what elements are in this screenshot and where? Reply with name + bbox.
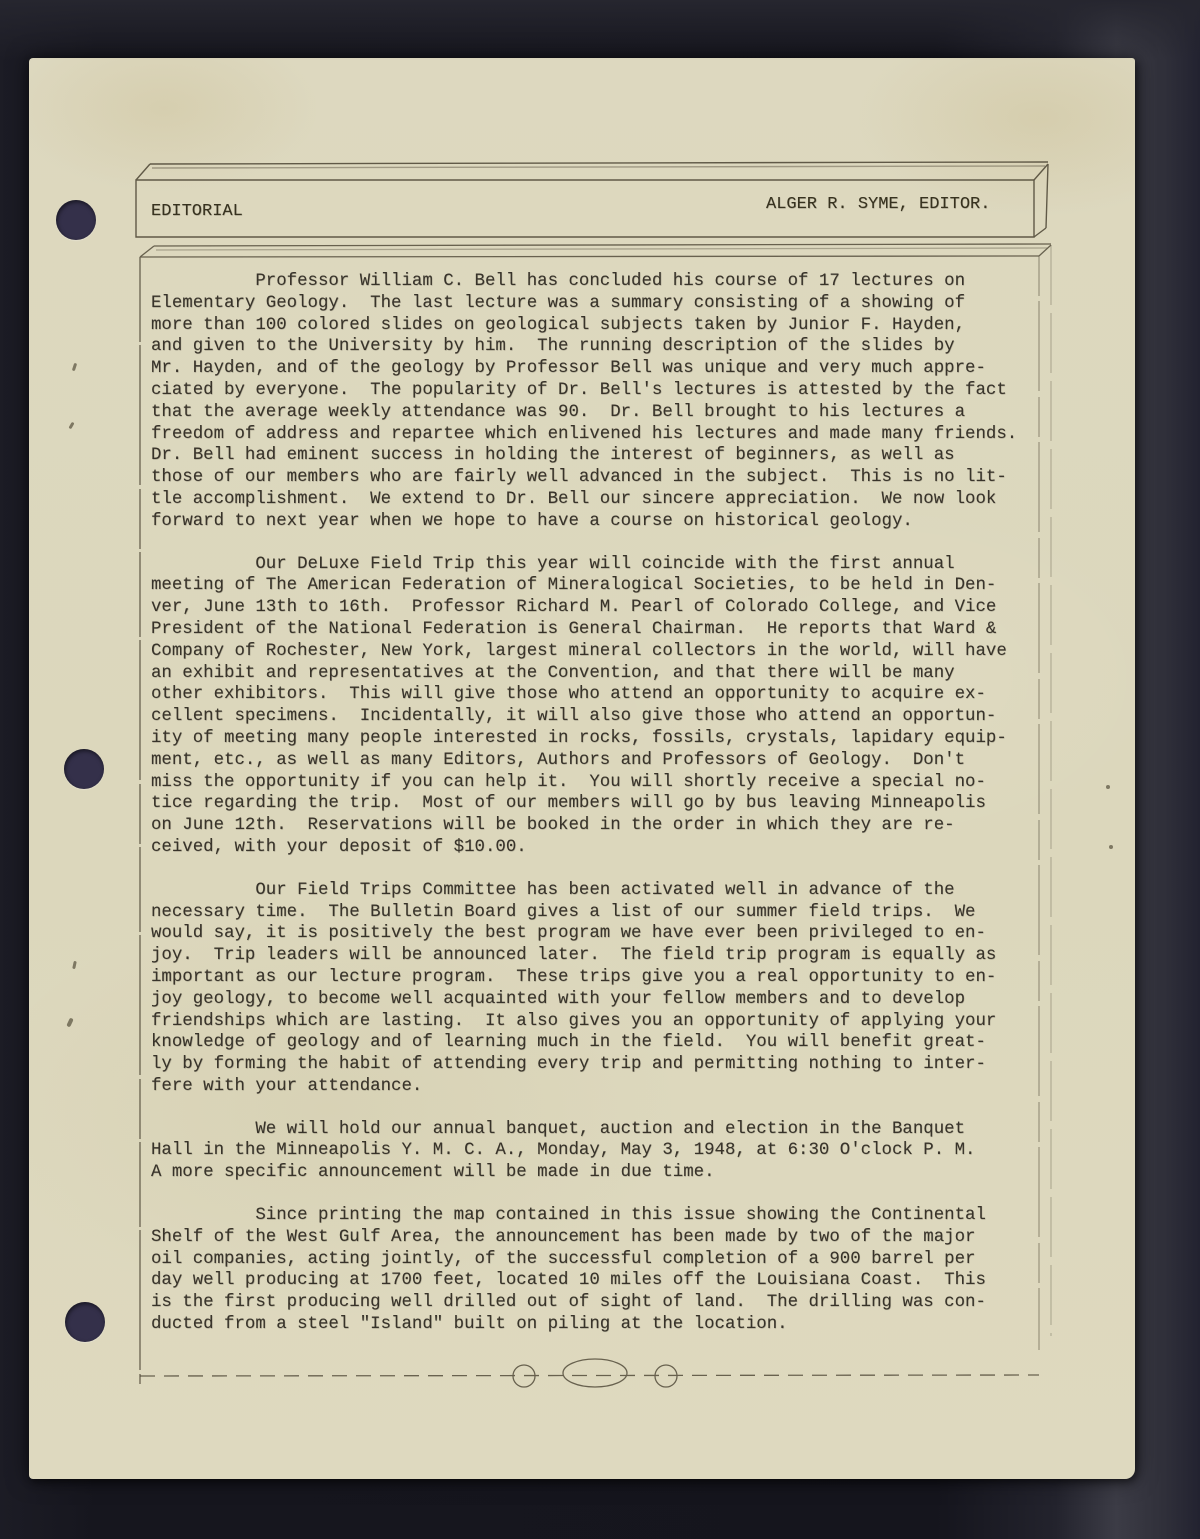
paper-mark (1109, 845, 1113, 849)
paragraph-continental-shelf: Since printing the map contained in this… (151, 1205, 1043, 1336)
punch-hole-top (56, 200, 96, 240)
section-title: EDITORIAL (151, 202, 243, 221)
punch-hole-middle (64, 749, 104, 789)
document-page: EDITORIAL ALGER R. SYME, EDITOR. Profess… (29, 58, 1135, 1479)
editor-credit: ALGER R. SYME, EDITOR. (766, 195, 990, 214)
editorial-body: Professor William C. Bell has concluded … (151, 271, 1043, 1357)
punch-hole-bottom (65, 1302, 105, 1342)
divider-ornament (140, 1359, 1039, 1387)
paragraph-lectures: Professor William C. Bell has concluded … (151, 271, 1043, 533)
paper-mark (1106, 785, 1110, 789)
paragraph-banquet: We will hold our annual banquet, auction… (151, 1119, 1043, 1184)
scan-background: EDITORIAL ALGER R. SYME, EDITOR. Profess… (0, 0, 1200, 1539)
paragraph-field-trip: Our DeLuxe Field Trip this year will coi… (151, 554, 1043, 859)
paragraph-field-trips-committee: Our Field Trips Committee has been activ… (151, 880, 1043, 1098)
